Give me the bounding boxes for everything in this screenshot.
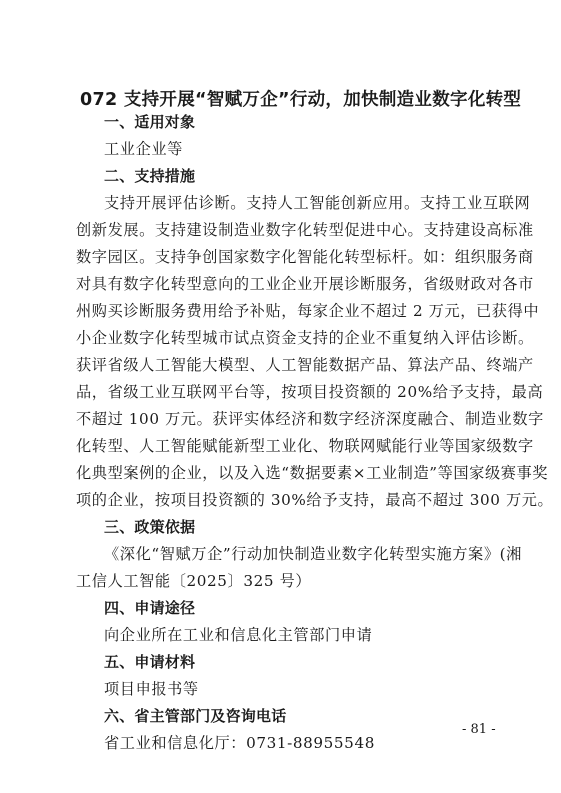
section-body-line: 小企业数字化转型城市试点资金支持的企业不重复纳入评估诊断。: [76, 327, 534, 348]
section-body-line: 化典型案例的企业，以及入选“数据要素×工业制造”等国家级赛事奖: [76, 462, 548, 483]
section-body-line: 《深化“智赋万企”行动加快制造业数字化转型实施方案》(湘: [104, 543, 522, 564]
section-heading-materials: 五、申请材料: [104, 651, 195, 672]
section-heading-measures: 二、支持措施: [104, 165, 195, 186]
section-body-line: 化转型、人工智能赋能新型工业化、物联网赋能行业等国家级数字: [76, 435, 534, 456]
section-body-line: 州购买诊断服务费用给予补贴，每家企业不超过 2 万元，已获得中: [76, 300, 539, 321]
section-heading-channel: 四、申请途径: [104, 597, 195, 618]
section-heading-contact: 六、省主管部门及咨询电话: [104, 705, 286, 726]
section-body-line: 工业企业等: [104, 138, 183, 159]
section-body-line: 获评省级人工智能大模型、人工智能数据产品、算法产品、终端产: [76, 354, 534, 375]
section-body-line: 项的企业，按项目投资额的 30%给予支持，最高不超过 300 万元。: [76, 489, 553, 510]
section-body-line: 对具有数字化转型意向的工业企业开展诊断服务，省级财政对各市: [76, 273, 534, 294]
section-heading-basis: 三、政策依据: [104, 516, 195, 537]
section-body-line: 工信人工智能〔2025〕325 号）: [76, 570, 311, 591]
page-number: - 81 -: [462, 722, 496, 737]
page-title: 072 支持开展“智赋万企”行动，加快制造业数字化转型: [80, 86, 500, 111]
section-body-line: 向企业所在工业和信息化主管部门申请: [104, 624, 372, 645]
section-body-line: 不超过 100 万元。获评实体经济和数字经济深度融合、制造业数字: [76, 408, 544, 429]
section-body-line: 项目申报书等: [104, 678, 199, 699]
section-heading-applicable: 一、适用对象: [104, 111, 195, 132]
section-body-line: 品，省级工业互联网平台等，按项目投资额的 20%给予支持，最高: [76, 381, 543, 402]
section-body-line: 省工业和信息化厅：0731-88955548: [104, 732, 375, 753]
section-body-line: 支持开展评估诊断。支持人工智能创新应用。支持工业互联网: [104, 192, 530, 213]
section-body-line: 创新发展。支持建设制造业数字化转型促进中心。支持建设高标准: [76, 219, 534, 240]
section-body-line: 数字园区。支持争创国家数字化智能化转型标杆。如：组织服务商: [76, 246, 534, 267]
